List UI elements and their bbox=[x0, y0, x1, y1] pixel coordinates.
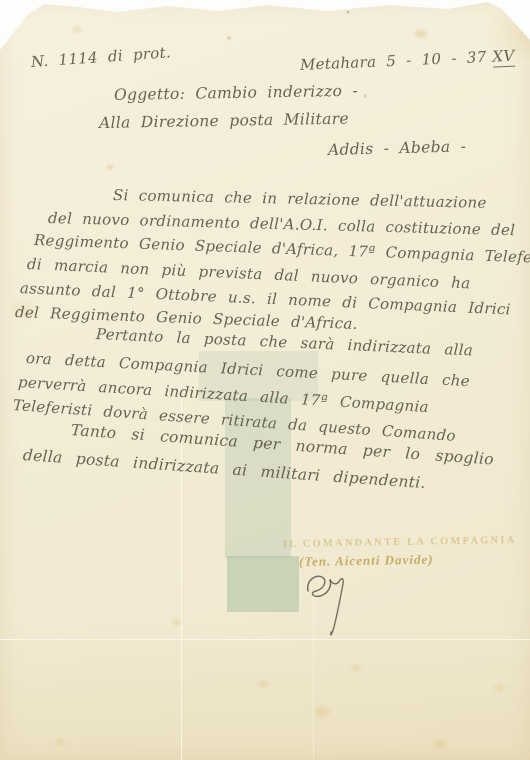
recipient-city-line: Addis - Abeba - bbox=[328, 137, 467, 159]
letter-scan: N. 1114 di prot. Metahara 5 - 10 - 37XV … bbox=[0, 0, 530, 760]
fold-crease-horizontal bbox=[0, 639, 530, 640]
era-year-roman: XV bbox=[492, 47, 515, 68]
tape-strip-bottom bbox=[227, 556, 299, 612]
rubber-stamp-name: (Ten. Aicenti Davide) bbox=[299, 552, 434, 570]
signature-flourish-icon bbox=[303, 571, 355, 643]
